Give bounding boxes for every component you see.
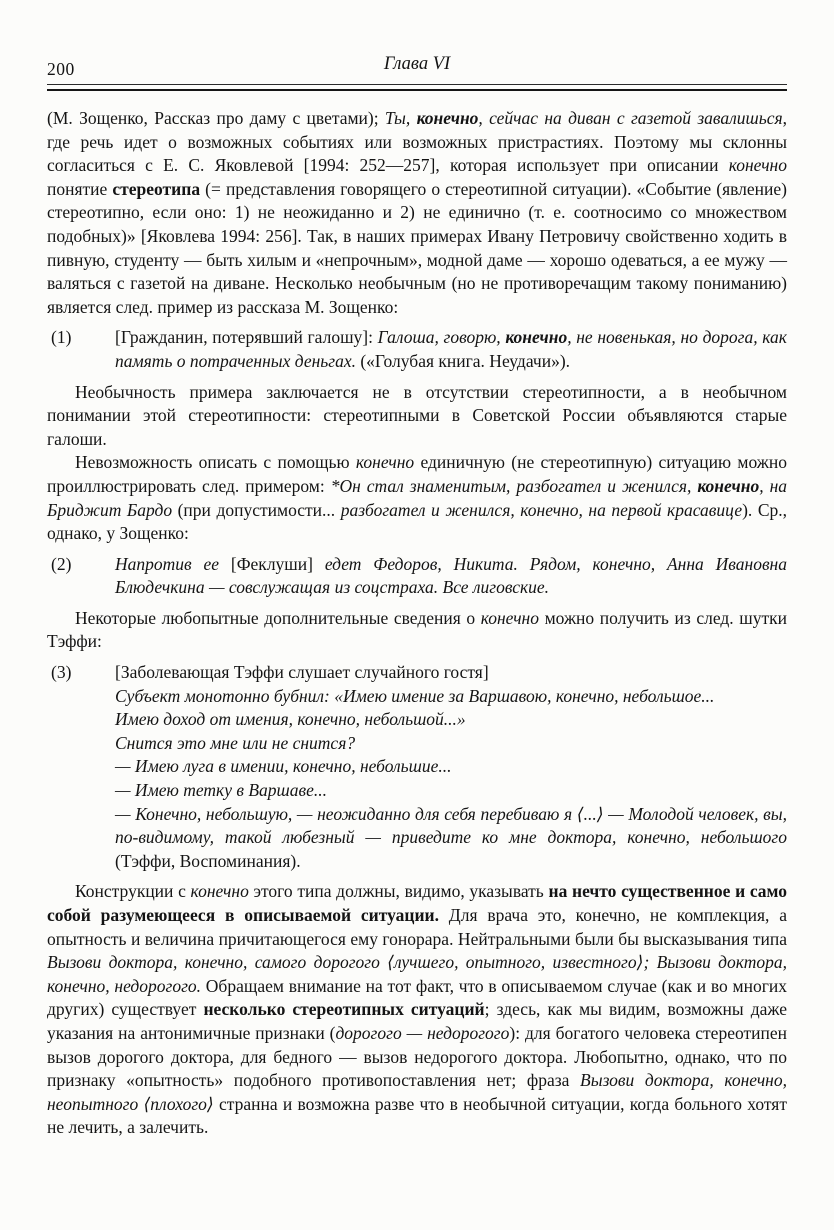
example-line: Имею доход от имения, конечно, небольшой… <box>115 708 787 732</box>
text-run: Необычность примера заключается не в отс… <box>47 382 787 449</box>
example-line: Субъект монотонно бубнил: «Имею имение з… <box>115 685 787 709</box>
text-run: разбогател и женился, конечно, на первой… <box>341 500 742 520</box>
text-run: Ты, <box>385 108 417 128</box>
text-run: Галоша, говорю, <box>378 327 506 347</box>
text-run: конечно <box>191 881 249 901</box>
example-line: [Гражданин, потерявший галошу]: Галоша, … <box>115 326 787 373</box>
text-run: , сейчас на диван с газетой завалишься <box>478 108 782 128</box>
example-line: — Конечно, небольшую, — неожиданно для с… <box>115 803 787 874</box>
example-line: Снится это мне или не снится? <box>115 732 787 756</box>
text-run: стереотипа <box>112 179 200 199</box>
page-body: (М. Зощенко, Рассказ про даму с цветами)… <box>47 107 787 1140</box>
text-run: конечно <box>356 452 414 472</box>
text-run: Конструкции с <box>75 881 191 901</box>
paragraph-impossibility: Невозможность описать с помощью конечно … <box>47 451 787 545</box>
example-3: (3) [Заболевающая Тэффи слушает случайно… <box>47 661 787 873</box>
example-1-number: (1) <box>47 326 115 373</box>
paragraph-intro: (М. Зощенко, Рассказ про даму с цветами)… <box>47 107 787 319</box>
example-3-number: (3) <box>47 661 115 873</box>
text-run: Имею доход от имения, конечно, небольшой… <box>115 709 466 729</box>
text-run: Напротив ее <box>115 554 231 574</box>
example-1-text: [Гражданин, потерявший галошу]: Галоша, … <box>115 326 787 373</box>
text-run: дорогого — недорогого <box>335 1023 509 1043</box>
example-2-text: Напротив ее [Феклуши] едет Федоров, Ники… <box>115 553 787 600</box>
text-run: — Имею луга в имении, конечно, небольшие… <box>115 756 452 776</box>
page-number: 200 <box>47 59 75 80</box>
chapter-title: Глава VI <box>47 54 787 75</box>
example-3-text: [Заболевающая Тэффи слушает случайного г… <box>115 661 787 873</box>
text-run: конечно <box>481 608 539 628</box>
text-run: Снится это мне или не снится? <box>115 733 355 753</box>
page-header: 200 Глава VI <box>47 54 787 80</box>
text-run: конечно <box>417 108 479 128</box>
text-run: конечно <box>729 155 787 175</box>
text-run: (Тэффи, Воспоминания). <box>115 851 301 871</box>
book-page: 200 Глава VI (М. Зощенко, Рассказ про да… <box>0 0 834 1230</box>
example-2-number: (2) <box>47 553 115 600</box>
example-line: Напротив ее [Феклуши] едет Федоров, Ники… <box>115 553 787 600</box>
text-run: — Имею тетку в Варшаве... <box>115 780 327 800</box>
text-run: *Он стал знаменитым, разбогател и женилс… <box>331 476 698 496</box>
text-run: — Конечно, небольшую, — неожиданно для с… <box>115 804 787 848</box>
paragraph-teffi-intro: Некоторые любопытные дополнительные свед… <box>47 607 787 654</box>
text-run: (М. Зощенко, Рассказ про даму с цветами)… <box>47 108 385 128</box>
text-run: [Гражданин, потерявший галошу]: <box>115 327 378 347</box>
text-run: (при допустимости... <box>172 500 341 520</box>
text-run: Некоторые любопытные дополнительные свед… <box>75 608 481 628</box>
text-run: Субъект монотонно бубнил: «Имею имение з… <box>115 686 714 706</box>
text-run: этого типа должны, видимо, указывать <box>249 881 549 901</box>
text-run: конечно <box>697 476 759 496</box>
text-run: [Феклуши] <box>231 554 325 574</box>
example-line: — Имею тетку в Варшаве... <box>115 779 787 803</box>
example-line: [Заболевающая Тэффи слушает случайного г… <box>115 661 787 685</box>
text-run: понятие <box>47 179 112 199</box>
example-2: (2) Напротив ее [Феклуши] едет Федоров, … <box>47 553 787 600</box>
example-1: (1) [Гражданин, потерявший галошу]: Гало… <box>47 326 787 373</box>
text-run: («Голубая книга. Неудачи»). <box>360 351 570 371</box>
text-run: [Заболевающая Тэффи слушает случайного г… <box>115 662 489 682</box>
example-line: — Имею луга в имении, конечно, небольшие… <box>115 755 787 779</box>
text-run: несколько стереотипных ситуаций <box>203 999 484 1019</box>
text-run: Невозможность описать с помощью <box>75 452 356 472</box>
paragraph-unusualness: Необычность примера заключается не в отс… <box>47 381 787 452</box>
header-rule <box>47 84 787 91</box>
text-run: (= представления говорящего о стереотипн… <box>47 179 787 317</box>
text-run: конечно <box>505 327 567 347</box>
paragraph-conclusion: Конструкции с конечно этого типа должны,… <box>47 880 787 1140</box>
